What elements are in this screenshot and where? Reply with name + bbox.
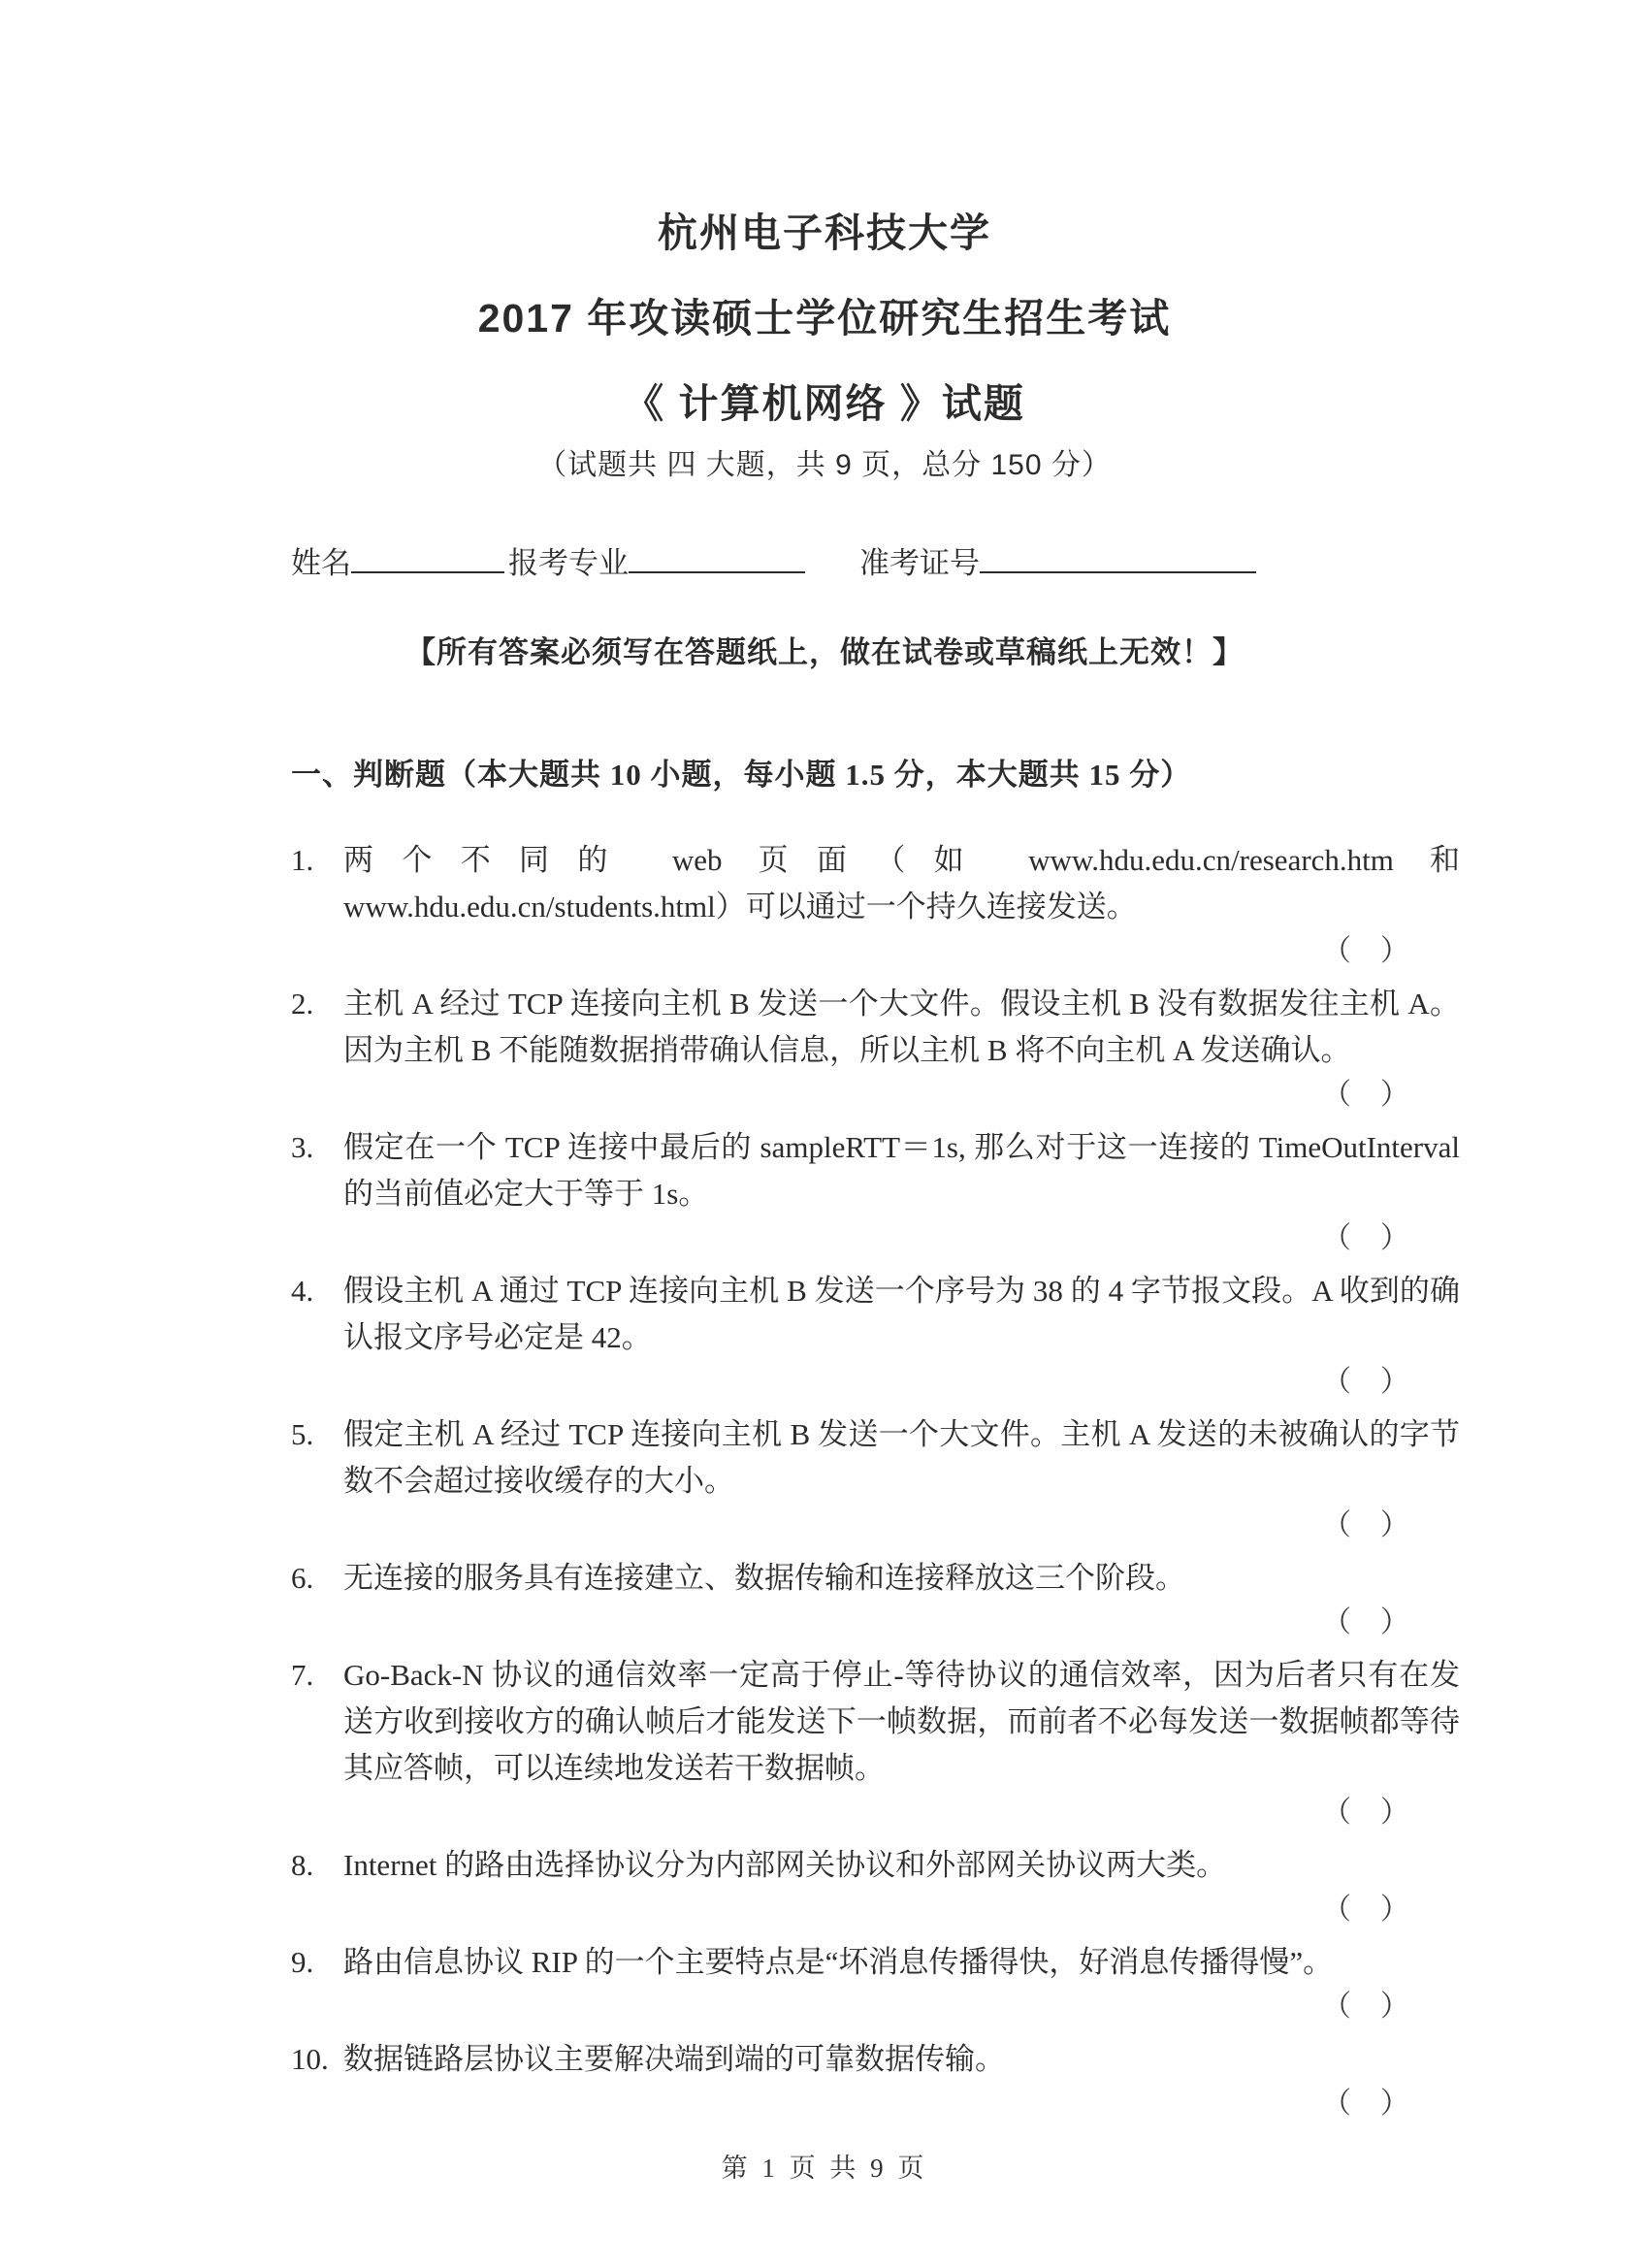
question-number: 8.	[291, 1842, 343, 1889]
exam-title: 2017 年攻读硕士学位研究生招生考试	[0, 294, 1649, 342]
question-number: 2.	[291, 981, 343, 1074]
question-number: 1.	[291, 837, 343, 930]
answer-sheet-notice: 【所有答案必须写在答题纸上，做在试卷或草稿纸上无效！】	[0, 632, 1649, 674]
university-title: 杭州电子科技大学	[0, 209, 1649, 257]
question-text: 假定主机 A 经过 TCP 连接向主机 B 发送一个大文件。主机 A 发送的未被…	[343, 1411, 1460, 1505]
question-number: 4.	[291, 1268, 343, 1361]
question-text: 假定在一个 TCP 连接中最后的 sampleRTT＝1s, 那么对于这一连接的…	[343, 1124, 1460, 1217]
exam-paper-page: 杭州电子科技大学 2017 年攻读硕士学位研究生招生考试 《 计算机网络 》试题…	[0, 0, 1649, 2268]
question-text: 数据链路层协议主要解决端到端的可靠数据传输。	[343, 2036, 1460, 2083]
question-text: 无连接的服务具有连接建立、数据传输和连接释放这三个阶段。	[343, 1555, 1460, 1602]
answer-marker: （ ）	[291, 1363, 1460, 1402]
name-blank	[351, 538, 504, 573]
question-number: 6.	[291, 1555, 343, 1602]
question-text: 假设主机 A 通过 TCP 连接向主机 B 发送一个序号为 38 的 4 字节报…	[343, 1268, 1460, 1361]
question-text: 路由信息协议 RIP 的一个主要特点是“坏消息传播得快，好消息传播得慢”。	[343, 1939, 1460, 1986]
question-item: 10.数据链路层协议主要解决端到端的可靠数据传输。（ ）	[291, 2036, 1460, 2123]
ticket-blank	[980, 538, 1256, 573]
question-item: 5.假定主机 A 经过 TCP 连接向主机 B 发送一个大文件。主机 A 发送的…	[291, 1411, 1460, 1545]
answer-marker: （ ）	[291, 1076, 1460, 1115]
question-text: 主机 A 经过 TCP 连接向主机 B 发送一个大文件。假设主机 B 没有数据发…	[343, 981, 1460, 1074]
answer-marker: （ ）	[291, 1604, 1460, 1642]
answer-marker: （ ）	[291, 932, 1460, 971]
question-item: 7.Go-Back-N 协议的通信效率一定高于停止-等待协议的通信效率，因为后者…	[291, 1652, 1460, 1832]
question-item: 2.主机 A 经过 TCP 连接向主机 B 发送一个大文件。假设主机 B 没有数…	[291, 981, 1460, 1115]
major-label: 报考专业	[508, 542, 629, 585]
question-item: 3.假定在一个 TCP 连接中最后的 sampleRTT＝1s, 那么对于这一连…	[291, 1124, 1460, 1258]
exam-info-line: （试题共 四 大题，共 9 页，总分 150 分）	[0, 445, 1649, 486]
question-item: 6.无连接的服务具有连接建立、数据传输和连接释放这三个阶段。（ ）	[291, 1555, 1460, 1642]
ticket-label: 准考证号	[859, 542, 980, 585]
question-item: 8.Internet 的路由选择协议分为内部网关协议和外部网关协议两大类。（ ）	[291, 1842, 1460, 1929]
exam-header: 杭州电子科技大学 2017 年攻读硕士学位研究生招生考试 《 计算机网络 》试题…	[291, 209, 1460, 486]
question-item: 1.两个不同的 web 页面（如 www.hdu.edu.cn/research…	[291, 837, 1460, 971]
question-number: 3.	[291, 1124, 343, 1217]
answer-marker: （ ）	[291, 1507, 1460, 1545]
answer-marker: （ ）	[291, 1794, 1460, 1832]
question-number: 7.	[291, 1652, 343, 1792]
question-number: 5.	[291, 1411, 343, 1505]
major-blank	[629, 538, 805, 573]
question-text: Internet 的路由选择协议分为内部网关协议和外部网关协议两大类。	[343, 1842, 1460, 1889]
page-footer: 第 1 页 共 9 页	[0, 2151, 1649, 2186]
question-item: 4.假设主机 A 通过 TCP 连接向主机 B 发送一个序号为 38 的 4 字…	[291, 1268, 1460, 1402]
candidate-info-line: 姓名报考专业准考证号	[291, 538, 1460, 585]
answer-marker: （ ）	[291, 2085, 1460, 2123]
question-list: 1.两个不同的 web 页面（如 www.hdu.edu.cn/research…	[291, 837, 1460, 2123]
name-label: 姓名	[291, 542, 351, 585]
answer-marker: （ ）	[291, 1891, 1460, 1929]
answer-marker: （ ）	[291, 1988, 1460, 2026]
question-item: 9.路由信息协议 RIP 的一个主要特点是“坏消息传播得快，好消息传播得慢”。（…	[291, 1939, 1460, 2026]
question-text: Go-Back-N 协议的通信效率一定高于停止-等待协议的通信效率，因为后者只有…	[343, 1652, 1460, 1792]
answer-marker: （ ）	[291, 1219, 1460, 1258]
subject-title: 《 计算机网络 》试题	[0, 379, 1649, 428]
question-number: 10.	[291, 2036, 343, 2083]
question-text: 两个不同的 web 页面（如 www.hdu.edu.cn/research.h…	[343, 837, 1460, 930]
question-number: 9.	[291, 1939, 343, 1986]
section-one-heading: 一、判断题（本大题共 10 小题，每小题 1.5 分，本大题共 15 分）	[291, 752, 1460, 798]
